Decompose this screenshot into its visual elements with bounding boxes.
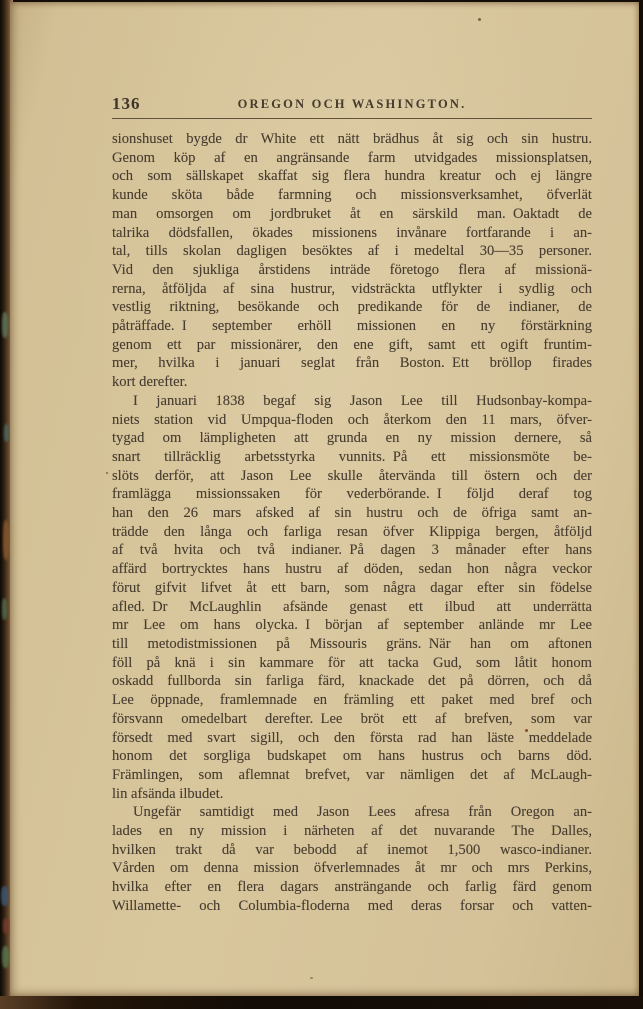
text-line: Genom köp af en angränsande farm utvidga…	[112, 149, 592, 168]
paper-speck	[478, 18, 481, 21]
text-line: oskadd fullborda sin farliga färd, knack…	[112, 672, 592, 691]
text-block: sionshuset bygde dr White ett nätt brädh…	[112, 130, 592, 916]
text-line: påträffade. I september erhöll missionen…	[112, 317, 592, 336]
text-line: I januari 1838 begaf sig Jason Lee till …	[112, 392, 592, 411]
text-line: förut gifvit lifvet åt ett barn, som någ…	[112, 579, 592, 598]
text-line: Vården om denna mission öfverlemnades åt…	[112, 859, 592, 878]
text-line: Ungefär samtidigt med Jason Lees afresa …	[112, 803, 592, 822]
binding-fleck	[2, 598, 7, 620]
text-line: genom ett par missionärer, den ene gift,…	[112, 336, 592, 355]
binding-fleck	[4, 424, 9, 442]
text-line: slöts derför, att Jason Lee skulle återv…	[112, 467, 592, 486]
text-line: Willamette- och Columbia-floderna med de…	[112, 897, 592, 916]
text-line: mer, hvilka i januari seglat från Boston…	[112, 354, 592, 373]
book-scan: 136 OREGON OCH WASHINGTON. sionshuset by…	[0, 0, 643, 1009]
text-line: sionshuset bygde dr White ett nätt brädh…	[112, 130, 592, 149]
text-line: framlägga missionssaken för vederbörande…	[112, 485, 592, 504]
text-line: hvilken trakt då var bebodd af inemot 1,…	[112, 841, 592, 860]
binding-fleck	[1, 886, 8, 906]
text-line: niets station vid Umpqua-floden och åter…	[112, 411, 592, 430]
text-line: tygad om lämpligheten att grunda en ny m…	[112, 429, 592, 448]
paper-speck	[310, 977, 313, 979]
binding-fleck	[2, 312, 8, 338]
text-line: kort derefter.	[112, 373, 592, 392]
binding-fleck	[3, 918, 9, 934]
paper-speck	[106, 472, 108, 474]
page-paper: 136 OREGON OCH WASHINGTON. sionshuset by…	[10, 2, 639, 996]
text-line: lades en ny mission i närheten af det nu…	[112, 822, 592, 841]
scan-bottom-edge	[0, 996, 643, 1009]
text-line: lin afsända ilbudet.	[112, 785, 592, 804]
text-line: af två hvita och två indianer. På dagen …	[112, 541, 592, 560]
text-line: hvilka efter en flera dagars ansträngand…	[112, 878, 592, 897]
text-line: mr Lee om hans olycka. I början af septe…	[112, 616, 592, 635]
text-line: man omsorgen om jordbruket åt en särskil…	[112, 205, 592, 224]
text-line: honom det sorgliga budskapet om hans hus…	[112, 747, 592, 766]
text-line: Främlingen, som aflemnat brefvet, var nä…	[112, 766, 592, 785]
text-line: och som sällskapet skaffat sig flera hun…	[112, 167, 592, 186]
text-line: afled. Dr McLaughlin afsände genast ett …	[112, 598, 592, 617]
header-rule	[112, 118, 592, 119]
text-line: till metodistmissionen på Missouris grän…	[112, 635, 592, 654]
text-line: vestlig riktning, besökande och predikan…	[112, 298, 592, 317]
page-header: 136 OREGON OCH WASHINGTON.	[112, 92, 592, 114]
text-line: snart tillräcklig arbetsstyrka vunnits. …	[112, 448, 592, 467]
text-line: han den 26 mars afsked af sin hustru och…	[112, 504, 592, 523]
text-line: kunde sköta både farmning och missionsve…	[112, 186, 592, 205]
text-line: Vid den sjukliga årstidens inträde föret…	[112, 261, 592, 280]
text-line: tal, tills skolan dagligen besöktes af i…	[112, 242, 592, 261]
running-title: OREGON OCH WASHINGTON.	[112, 97, 592, 112]
text-line: försvann omedelbart derefter. Lee bröt e…	[112, 710, 592, 729]
text-line: försedt med svart sigill, och den första…	[112, 729, 592, 748]
page-content: 136 OREGON OCH WASHINGTON. sionshuset by…	[112, 92, 592, 916]
binding-fleck	[2, 946, 9, 968]
binding-fleck	[3, 520, 9, 560]
text-line: föll på knä i sin kammare för att tacka …	[112, 654, 592, 673]
text-line: talrika dödsfallen, ökades missionens in…	[112, 224, 592, 243]
text-line: Lee öppnade, framlemnade en främling ett…	[112, 691, 592, 710]
text-line: affärd bortrycktes hans hustru af döden,…	[112, 560, 592, 579]
text-line: rerna, åtföljda af sina hustrur, vidsträ…	[112, 280, 592, 299]
text-line: trädde den långa och farliga resan öfver…	[112, 523, 592, 542]
